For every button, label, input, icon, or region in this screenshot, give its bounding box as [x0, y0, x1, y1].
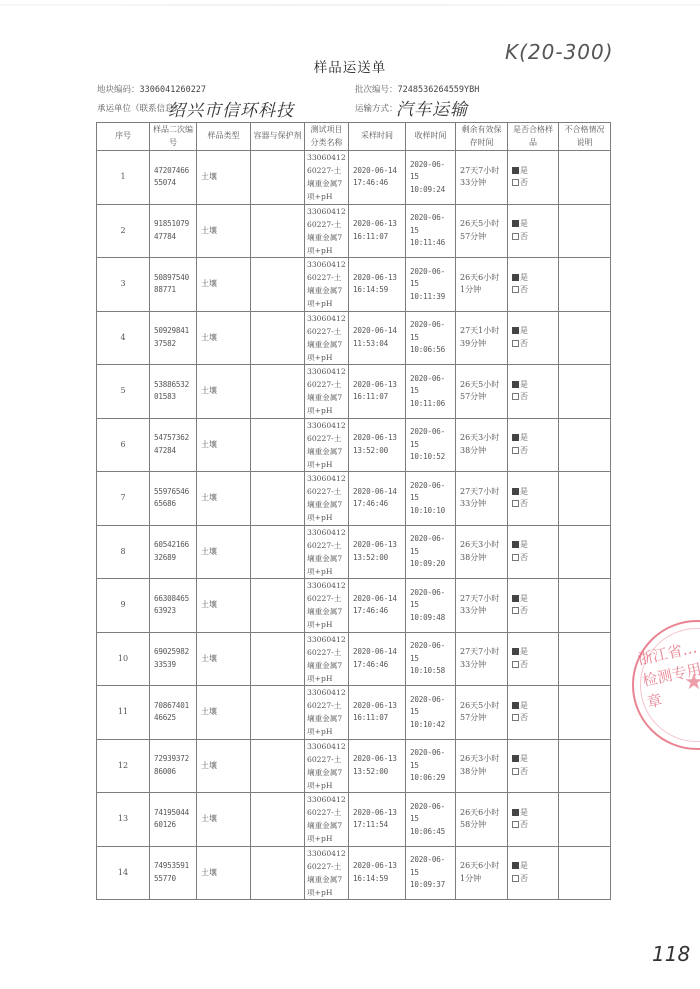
header-index: 序号 [97, 123, 150, 151]
block-code: 地块编码：3306041260227 [97, 83, 206, 95]
cell-test: 3306041260227-土壤重金属7项+pH [305, 204, 349, 258]
cell-remaining: 26天3小时38分钟 [456, 525, 508, 579]
cell-qualified: 是否 [508, 525, 559, 579]
checkbox-no[interactable]: 否 [512, 338, 554, 351]
header-test: 测试项目分类名称 [305, 123, 349, 151]
cell-note [559, 525, 611, 579]
cell-type: 土壤 [197, 525, 251, 579]
cell-note [559, 311, 611, 365]
cell-code: 6630846563923 [150, 579, 197, 633]
cell-received: 2020-06-15 10:09:20 [406, 525, 456, 579]
cell-qualified: 是否 [508, 204, 559, 258]
block-code-label: 地块编码： [97, 85, 140, 95]
cell-test: 3306041260227-土壤重金属7项+pH [305, 525, 349, 579]
sample-table: 序号 样品二次编号 样品类型 容器与保护剂 测试项目分类名称 采样时间 收样时间… [96, 122, 611, 900]
cell-code: 7293937286006 [150, 739, 197, 793]
cell-index: 8 [97, 525, 150, 579]
checkbox-yes[interactable]: 是 [512, 753, 554, 766]
checkbox-yes[interactable]: 是 [512, 325, 554, 338]
cell-container [251, 472, 305, 526]
header-remaining: 剩余有效保存时间 [456, 123, 508, 151]
checkbox-yes[interactable]: 是 [512, 486, 554, 499]
cell-index: 7 [97, 472, 150, 526]
cell-container [251, 632, 305, 686]
checkbox-yes[interactable]: 是 [512, 700, 554, 713]
checkbox-no[interactable]: 否 [512, 231, 554, 244]
cell-received: 2020-06-15 10:09:48 [406, 579, 456, 633]
checkbox-no[interactable]: 否 [512, 712, 554, 725]
checkbox-yes-icon [512, 327, 519, 334]
checkbox-yes[interactable]: 是 [512, 272, 554, 285]
cell-test: 3306041260227-土壤重金属7项+pH [305, 846, 349, 900]
header-received: 收样时间 [406, 123, 456, 151]
checkbox-yes-icon [512, 648, 519, 655]
cell-note [559, 258, 611, 312]
cell-sampled: 2020-06-14 17:46:46 [349, 632, 406, 686]
batch-no: 批次编号：7248536264559YBH [355, 83, 479, 95]
block-code-value: 3306041260227 [140, 85, 207, 95]
cell-remaining: 27天7小时33分钟 [456, 472, 508, 526]
checkbox-no-icon [512, 500, 519, 507]
cell-sampled: 2020-06-13 16:14:59 [349, 846, 406, 900]
checkbox-yes-icon [512, 167, 519, 174]
cell-code: 7086740146625 [150, 686, 197, 740]
cell-code: 5092984137582 [150, 311, 197, 365]
cell-remaining: 26天6小时1分钟 [456, 846, 508, 900]
cell-qualified: 是否 [508, 151, 559, 205]
cell-sampled: 2020-06-14 17:46:46 [349, 579, 406, 633]
table-row: 147495359155770土壤3306041260227-土壤重金属7项+p… [97, 846, 611, 900]
header-type: 样品类型 [197, 123, 251, 151]
cell-note [559, 151, 611, 205]
cell-container [251, 686, 305, 740]
cell-qualified: 是否 [508, 846, 559, 900]
cell-type: 土壤 [197, 311, 251, 365]
cell-index: 1 [97, 151, 150, 205]
cell-index: 9 [97, 579, 150, 633]
table-row: 29185107947784土壤3306041260227-土壤重金属7项+pH… [97, 204, 611, 258]
transport-label: 运输方式： [355, 102, 398, 114]
table-row: 45092984137582土壤3306041260227-土壤重金属7项+pH… [97, 311, 611, 365]
cell-sampled: 2020-06-13 17:11:54 [349, 793, 406, 847]
cell-note [559, 686, 611, 740]
cell-code: 4720746655074 [150, 151, 197, 205]
batch-no-label: 批次编号： [355, 85, 398, 95]
table-row: 106902598233539土壤3306041260227-土壤重金属7项+p… [97, 632, 611, 686]
checkbox-yes[interactable]: 是 [512, 646, 554, 659]
cell-note [559, 739, 611, 793]
header-code: 样品二次编号 [150, 123, 197, 151]
checkbox-yes[interactable]: 是 [512, 807, 554, 820]
cell-remaining: 26天5小时57分钟 [456, 204, 508, 258]
seal-star-icon: ★ [684, 670, 700, 695]
checkbox-no-icon [512, 554, 519, 561]
cell-type: 土壤 [197, 204, 251, 258]
cell-received: 2020-06-15 10:10:58 [406, 632, 456, 686]
cell-received: 2020-06-15 10:10:52 [406, 418, 456, 472]
header-sampled: 采样时间 [349, 123, 406, 151]
cell-code: 5388653201583 [150, 365, 197, 419]
cell-test: 3306041260227-土壤重金属7项+pH [305, 579, 349, 633]
cell-qualified: 是否 [508, 632, 559, 686]
checkbox-no[interactable]: 否 [512, 177, 554, 190]
cell-index: 14 [97, 846, 150, 900]
checkbox-no[interactable]: 否 [512, 819, 554, 832]
cell-index: 10 [97, 632, 150, 686]
cell-code: 7495359155770 [150, 846, 197, 900]
cell-qualified: 是否 [508, 579, 559, 633]
checkbox-yes[interactable]: 是 [512, 593, 554, 606]
cell-remaining: 27天7小时33分钟 [456, 632, 508, 686]
cell-type: 土壤 [197, 418, 251, 472]
cell-test: 3306041260227-土壤重金属7项+pH [305, 739, 349, 793]
checkbox-no[interactable]: 否 [512, 498, 554, 511]
table-row: 14720746655074土壤3306041260227-土壤重金属7项+pH… [97, 151, 611, 205]
cell-type: 土壤 [197, 632, 251, 686]
cell-code: 5597654665686 [150, 472, 197, 526]
cell-container [251, 579, 305, 633]
cell-qualified: 是否 [508, 686, 559, 740]
cell-qualified: 是否 [508, 365, 559, 419]
cell-note [559, 632, 611, 686]
checkbox-yes-icon [512, 488, 519, 495]
cell-index: 11 [97, 686, 150, 740]
page-number: 118 [652, 942, 690, 966]
table-header: 序号 样品二次编号 样品类型 容器与保护剂 测试项目分类名称 采样时间 收样时间… [97, 123, 611, 151]
cell-sampled: 2020-06-14 17:46:46 [349, 472, 406, 526]
checkbox-no-icon [512, 714, 519, 721]
cell-sampled: 2020-06-13 16:11:07 [349, 365, 406, 419]
checkbox-no[interactable]: 否 [512, 605, 554, 618]
cell-type: 土壤 [197, 365, 251, 419]
cell-container [251, 739, 305, 793]
cell-container [251, 151, 305, 205]
header-note: 不合格情况说明 [559, 123, 611, 151]
cell-received: 2020-06-15 10:11:39 [406, 258, 456, 312]
checkbox-yes-icon [512, 862, 519, 869]
cell-type: 土壤 [197, 258, 251, 312]
checkbox-yes-icon [512, 809, 519, 816]
cell-remaining: 26天5小时57分钟 [456, 365, 508, 419]
cell-test: 3306041260227-土壤重金属7项+pH [305, 311, 349, 365]
checkbox-no-icon [512, 768, 519, 775]
cell-type: 土壤 [197, 579, 251, 633]
table-row: 137419504460126土壤3306041260227-土壤重金属7项+p… [97, 793, 611, 847]
cell-qualified: 是否 [508, 418, 559, 472]
cell-test: 3306041260227-土壤重金属7项+pH [305, 686, 349, 740]
cell-received: 2020-06-15 10:11:46 [406, 204, 456, 258]
cell-remaining: 26天6小时58分钟 [456, 793, 508, 847]
cell-type: 土壤 [197, 472, 251, 526]
checkbox-no[interactable]: 否 [512, 659, 554, 672]
cell-qualified: 是否 [508, 739, 559, 793]
table-row: 65475736247284土壤3306041260227-土壤重金属7项+pH… [97, 418, 611, 472]
checkbox-yes-icon [512, 755, 519, 762]
checkbox-yes[interactable]: 是 [512, 432, 554, 445]
cell-container [251, 311, 305, 365]
cell-container [251, 793, 305, 847]
cell-note [559, 418, 611, 472]
checkbox-no[interactable]: 否 [512, 552, 554, 565]
official-seal: 浙江省…检测专用章 ★ [632, 620, 700, 750]
cell-sampled: 2020-06-13 13:52:00 [349, 525, 406, 579]
batch-no-value: 7248536264559YBH [398, 85, 480, 95]
cell-note [559, 793, 611, 847]
checkbox-no[interactable]: 否 [512, 766, 554, 779]
cell-received: 2020-06-15 10:06:56 [406, 311, 456, 365]
scan-edge [0, 4, 700, 6]
cell-code: 5089754088771 [150, 258, 197, 312]
cell-received: 2020-06-15 10:09:37 [406, 846, 456, 900]
checkbox-no[interactable]: 否 [512, 391, 554, 404]
cell-code: 6054216632689 [150, 525, 197, 579]
cell-note [559, 579, 611, 633]
checkbox-yes-icon [512, 541, 519, 548]
table-row: 35089754088771土壤3306041260227-土壤重金属7项+pH… [97, 258, 611, 312]
cell-received: 2020-06-15 10:06:29 [406, 739, 456, 793]
cell-received: 2020-06-15 10:06:45 [406, 793, 456, 847]
cell-container [251, 846, 305, 900]
checkbox-no-icon [512, 179, 519, 186]
checkbox-yes[interactable]: 是 [512, 165, 554, 178]
checkbox-yes-icon [512, 595, 519, 602]
checkbox-yes-icon [512, 702, 519, 709]
cell-note [559, 846, 611, 900]
checkbox-no-icon [512, 447, 519, 454]
header-qualified: 是否合格样品 [508, 123, 559, 151]
cell-qualified: 是否 [508, 472, 559, 526]
cell-qualified: 是否 [508, 258, 559, 312]
checkbox-no-icon [512, 393, 519, 400]
cell-qualified: 是否 [508, 793, 559, 847]
cell-container [251, 418, 305, 472]
cell-code: 5475736247284 [150, 418, 197, 472]
checkbox-no-icon [512, 233, 519, 240]
checkbox-no-icon [512, 607, 519, 614]
cell-remaining: 26天6小时1分钟 [456, 258, 508, 312]
checkbox-no-icon [512, 286, 519, 293]
cell-sampled: 2020-06-13 13:52:00 [349, 739, 406, 793]
cell-index: 4 [97, 311, 150, 365]
table-row: 117086740146625土壤3306041260227-土壤重金属7项+p… [97, 686, 611, 740]
cell-remaining: 26天3小时38分钟 [456, 739, 508, 793]
table-row: 96630846563923土壤3306041260227-土壤重金属7项+pH… [97, 579, 611, 633]
checkbox-no-icon [512, 821, 519, 828]
cell-remaining: 26天3小时38分钟 [456, 418, 508, 472]
checkbox-no-icon [512, 875, 519, 882]
cell-index: 13 [97, 793, 150, 847]
cell-test: 3306041260227-土壤重金属7项+pH [305, 151, 349, 205]
cell-index: 3 [97, 258, 150, 312]
table-row: 75597654665686土壤3306041260227-土壤重金属7项+pH… [97, 472, 611, 526]
cell-container [251, 258, 305, 312]
cell-note [559, 365, 611, 419]
cell-type: 土壤 [197, 686, 251, 740]
cell-remaining: 26天5小时57分钟 [456, 686, 508, 740]
checkbox-no-icon [512, 340, 519, 347]
cell-test: 3306041260227-土壤重金属7项+pH [305, 418, 349, 472]
checkbox-yes[interactable]: 是 [512, 218, 554, 231]
checkbox-yes[interactable]: 是 [512, 539, 554, 552]
cell-sampled: 2020-06-13 16:11:07 [349, 686, 406, 740]
cell-index: 6 [97, 418, 150, 472]
transport-signature: 汽车运输 [396, 95, 468, 120]
cell-remaining: 27天7小时33分钟 [456, 151, 508, 205]
table-row: 86054216632689土壤3306041260227-土壤重金属7项+pH… [97, 525, 611, 579]
cell-sampled: 2020-06-14 11:53:04 [349, 311, 406, 365]
checkbox-no[interactable]: 否 [512, 873, 554, 886]
cell-container [251, 525, 305, 579]
cell-code: 6902598233539 [150, 632, 197, 686]
cell-type: 土壤 [197, 846, 251, 900]
cell-test: 3306041260227-土壤重金属7项+pH [305, 632, 349, 686]
cell-sampled: 2020-06-14 17:46:46 [349, 151, 406, 205]
cell-received: 2020-06-15 10:11:06 [406, 365, 456, 419]
cell-test: 3306041260227-土壤重金属7项+pH [305, 793, 349, 847]
cell-index: 12 [97, 739, 150, 793]
cell-test: 3306041260227-土壤重金属7项+pH [305, 365, 349, 419]
cell-sampled: 2020-06-13 16:14:59 [349, 258, 406, 312]
checkbox-yes-icon [512, 274, 519, 281]
page-title: 样品运送单 [0, 56, 700, 76]
cell-note [559, 472, 611, 526]
cell-note [559, 204, 611, 258]
cell-test: 3306041260227-土壤重金属7项+pH [305, 472, 349, 526]
cell-sampled: 2020-06-13 16:11:07 [349, 204, 406, 258]
cell-type: 土壤 [197, 793, 251, 847]
cell-index: 2 [97, 204, 150, 258]
header-container: 容器与保护剂 [251, 123, 305, 151]
cell-remaining: 27天1小时39分钟 [456, 311, 508, 365]
cell-index: 5 [97, 365, 150, 419]
cell-remaining: 27天7小时33分钟 [456, 579, 508, 633]
cell-received: 2020-06-15 10:10:10 [406, 472, 456, 526]
cell-received: 2020-06-15 10:10:42 [406, 686, 456, 740]
carrier-signature: 绍兴市信环科技 [168, 96, 294, 121]
checkbox-yes-icon [512, 220, 519, 227]
cell-sampled: 2020-06-13 13:52:00 [349, 418, 406, 472]
table-row: 55388653201583土壤3306041260227-土壤重金属7项+pH… [97, 365, 611, 419]
cell-container [251, 204, 305, 258]
table-row: 127293937286006土壤3306041260227-土壤重金属7项+p… [97, 739, 611, 793]
checkbox-yes[interactable]: 是 [512, 860, 554, 873]
cell-qualified: 是否 [508, 311, 559, 365]
cell-received: 2020-06-15 10:09:24 [406, 151, 456, 205]
checkbox-no-icon [512, 661, 519, 668]
checkbox-no[interactable]: 否 [512, 445, 554, 458]
cell-container [251, 365, 305, 419]
checkbox-yes[interactable]: 是 [512, 379, 554, 392]
cell-type: 土壤 [197, 739, 251, 793]
checkbox-yes-icon [512, 434, 519, 441]
cell-test: 3306041260227-土壤重金属7项+pH [305, 258, 349, 312]
cell-type: 土壤 [197, 151, 251, 205]
cell-code: 9185107947784 [150, 204, 197, 258]
checkbox-no[interactable]: 否 [512, 284, 554, 297]
cell-code: 7419504460126 [150, 793, 197, 847]
checkbox-yes-icon [512, 381, 519, 388]
